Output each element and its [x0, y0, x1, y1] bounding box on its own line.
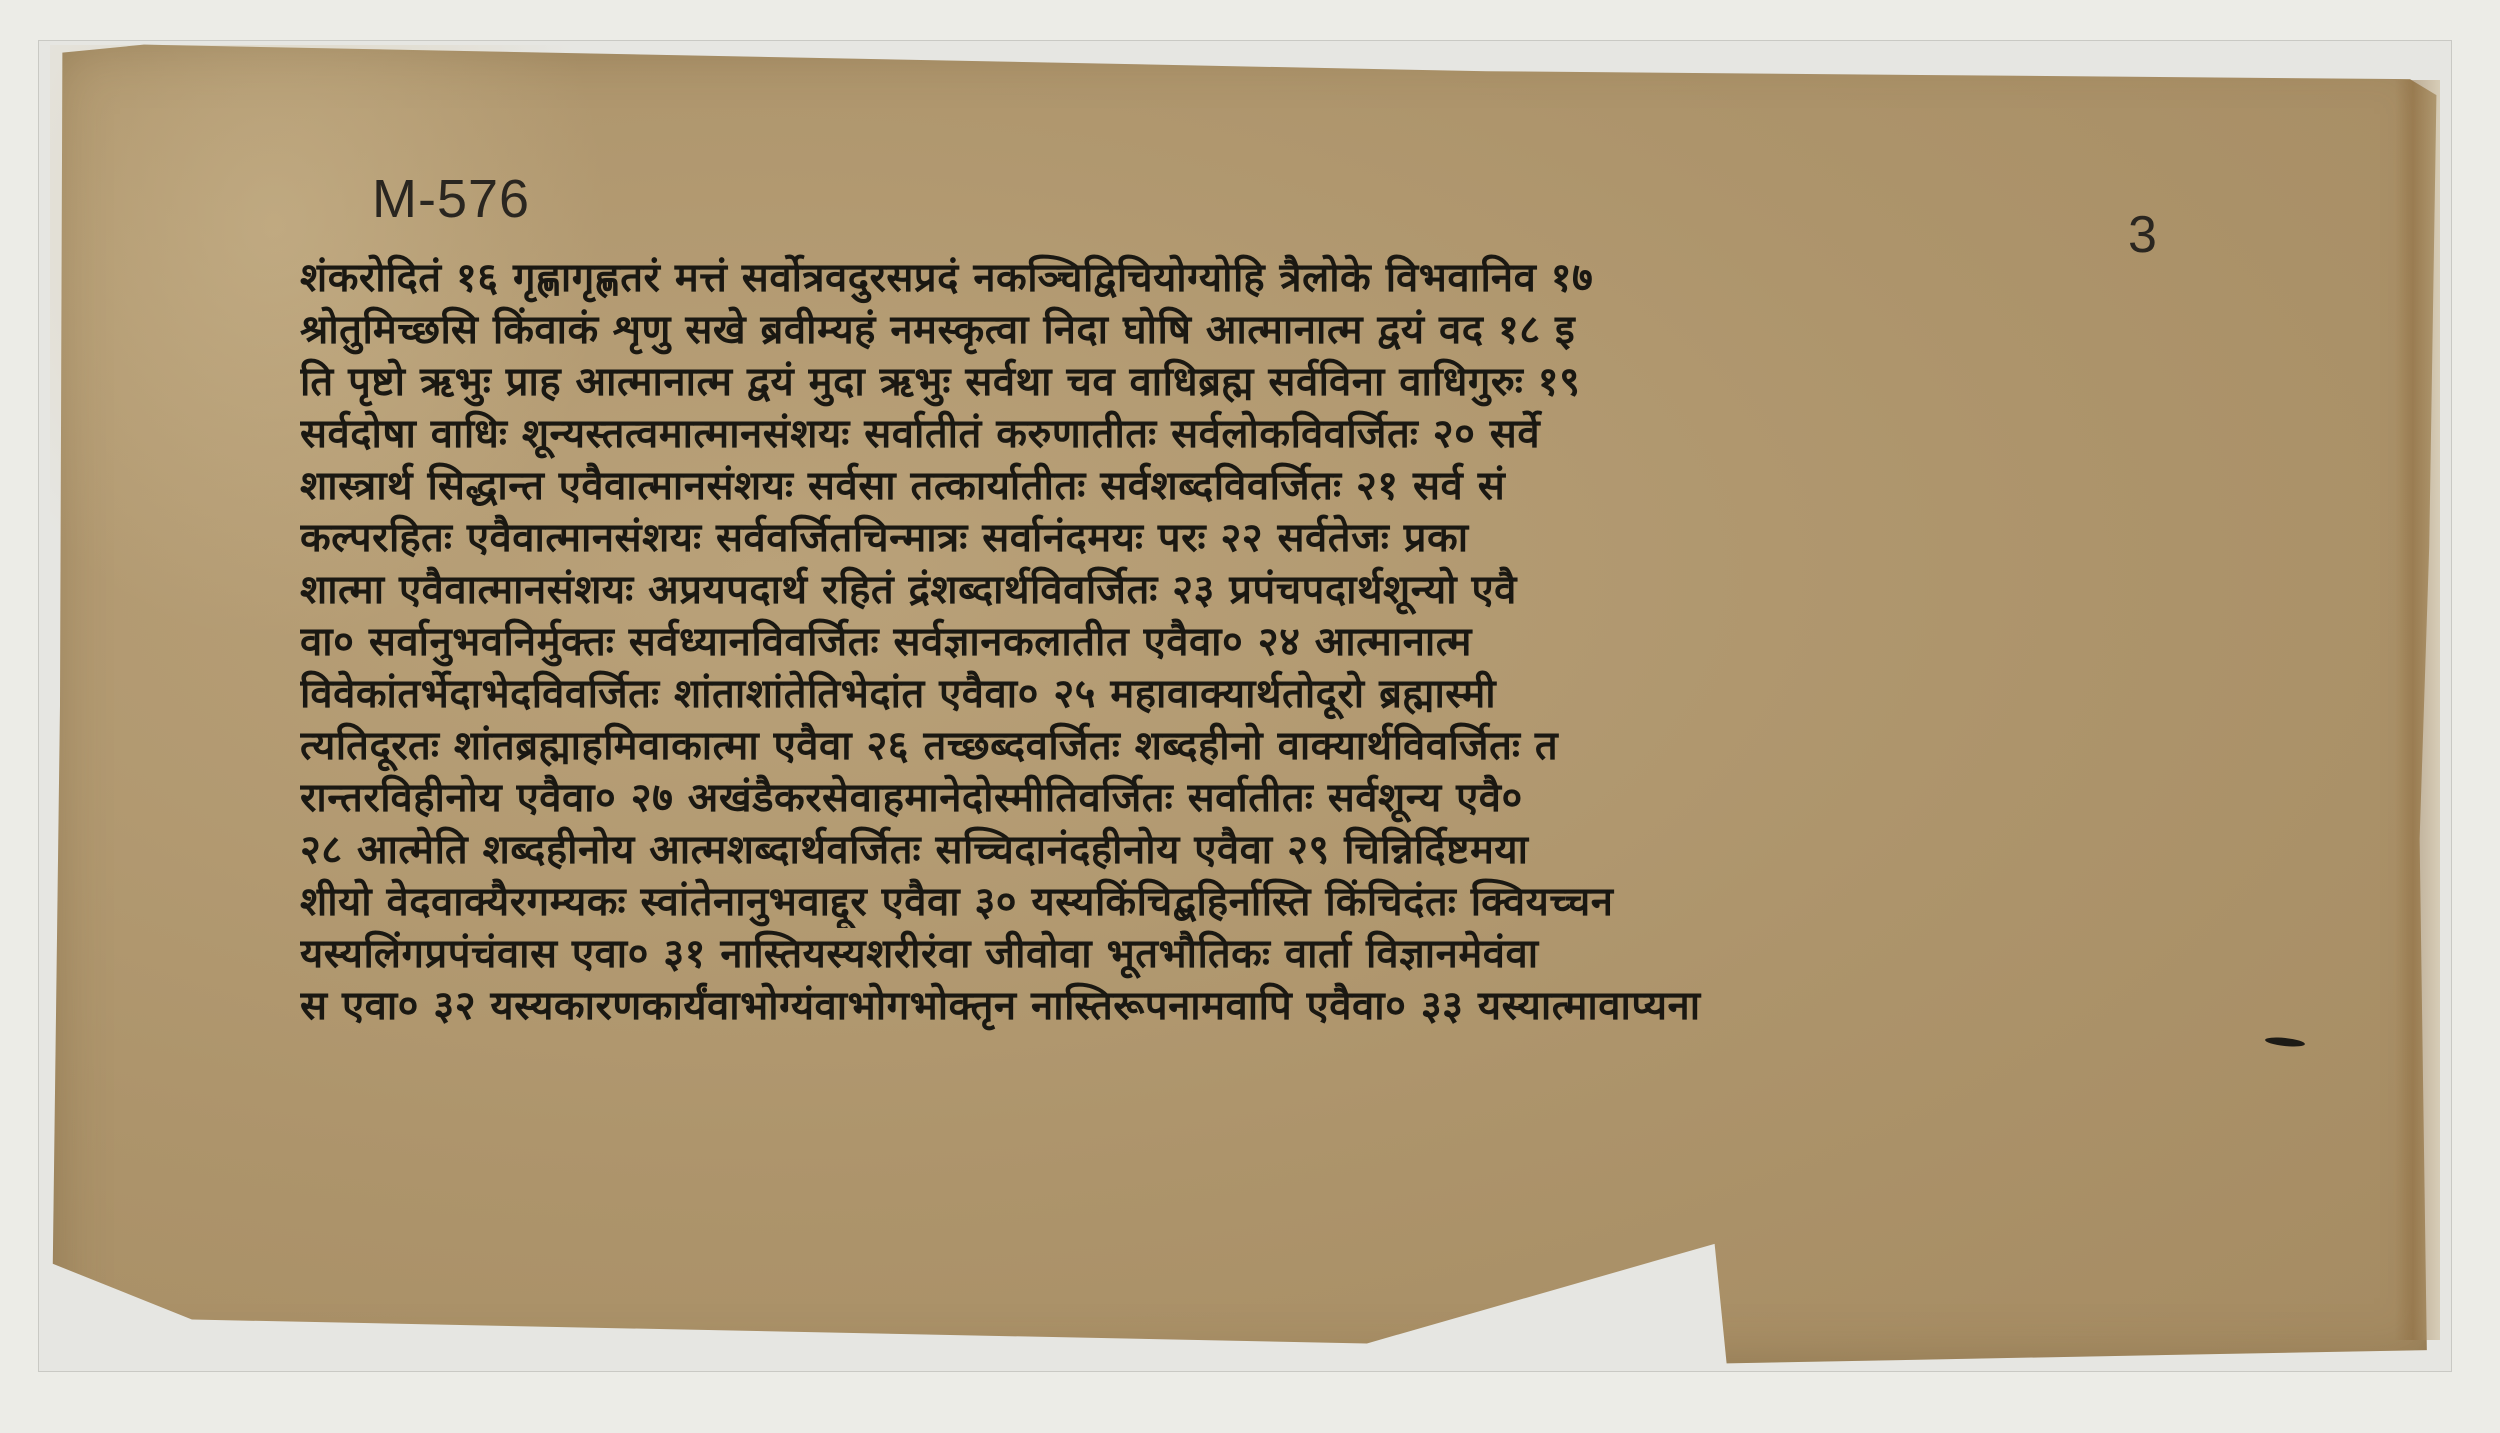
text-line: शात्मा एवैवात्मानसंशयः अप्रयपदार्थ रहितं… [300, 564, 2220, 616]
paper-edge-wear [2395, 80, 2440, 1340]
text-line: त्यतिदूरतः शांतब्रह्माहमिवाकात्मा एवैवा … [300, 720, 2220, 772]
text-line: सर्वदोषा वाधिः शून्यस्तत्वमात्मानसंशयः स… [300, 408, 2220, 460]
text-line: शीयो वेदवाक्यैरगम्यकः स्वांतेनानुभवाद्दू… [300, 876, 2220, 928]
text-line: विवेकांतर्भेदाभेदविवर्जितः शांताशांतेतिभ… [300, 668, 2220, 720]
text-line: यस्यलिंगप्रपंचंवास एवा० ३१ नास्तियस्यशरी… [300, 928, 2220, 980]
text-line: वा० सर्वानुभवनिर्मुक्तः सर्वध्यानविवर्जि… [300, 616, 2220, 668]
text-line: स एवा० ३२ यस्यकारणकार्यंवाभोग्यंवाभोगभोक… [300, 980, 2220, 1032]
text-line: ति पृष्टो ऋभुः प्राह आत्मानात्म द्वयं मु… [300, 356, 2220, 408]
text-line: रान्तरविहीनोय एवैवा० २७ अखंडैकरसेवाहमाने… [300, 772, 2220, 824]
text-line: शंकरोदितं १६ गृह्णागृह्णतरं मत्तं सर्वोत… [300, 252, 2220, 304]
text-line: श्रोतुमिच्छसि किंवाकं शृणु सखे ब्रवीम्यह… [300, 304, 2220, 356]
text-line: कल्परहितः एवैवात्मानसंशयः सर्ववर्जितचिन्… [300, 512, 2220, 564]
catalog-number: M-576 [372, 168, 530, 230]
text-line: शास्त्रार्थ सिद्धान्त एवैवात्मानसंशयः सर… [300, 460, 2220, 512]
manuscript-text: शंकरोदितं १६ गृह्णागृह्णतरं मत्तं सर्वोत… [300, 252, 2220, 1032]
text-line: २८ आत्मेति शब्दहीनोय आत्मशब्दार्थवर्जितः… [300, 824, 2220, 876]
